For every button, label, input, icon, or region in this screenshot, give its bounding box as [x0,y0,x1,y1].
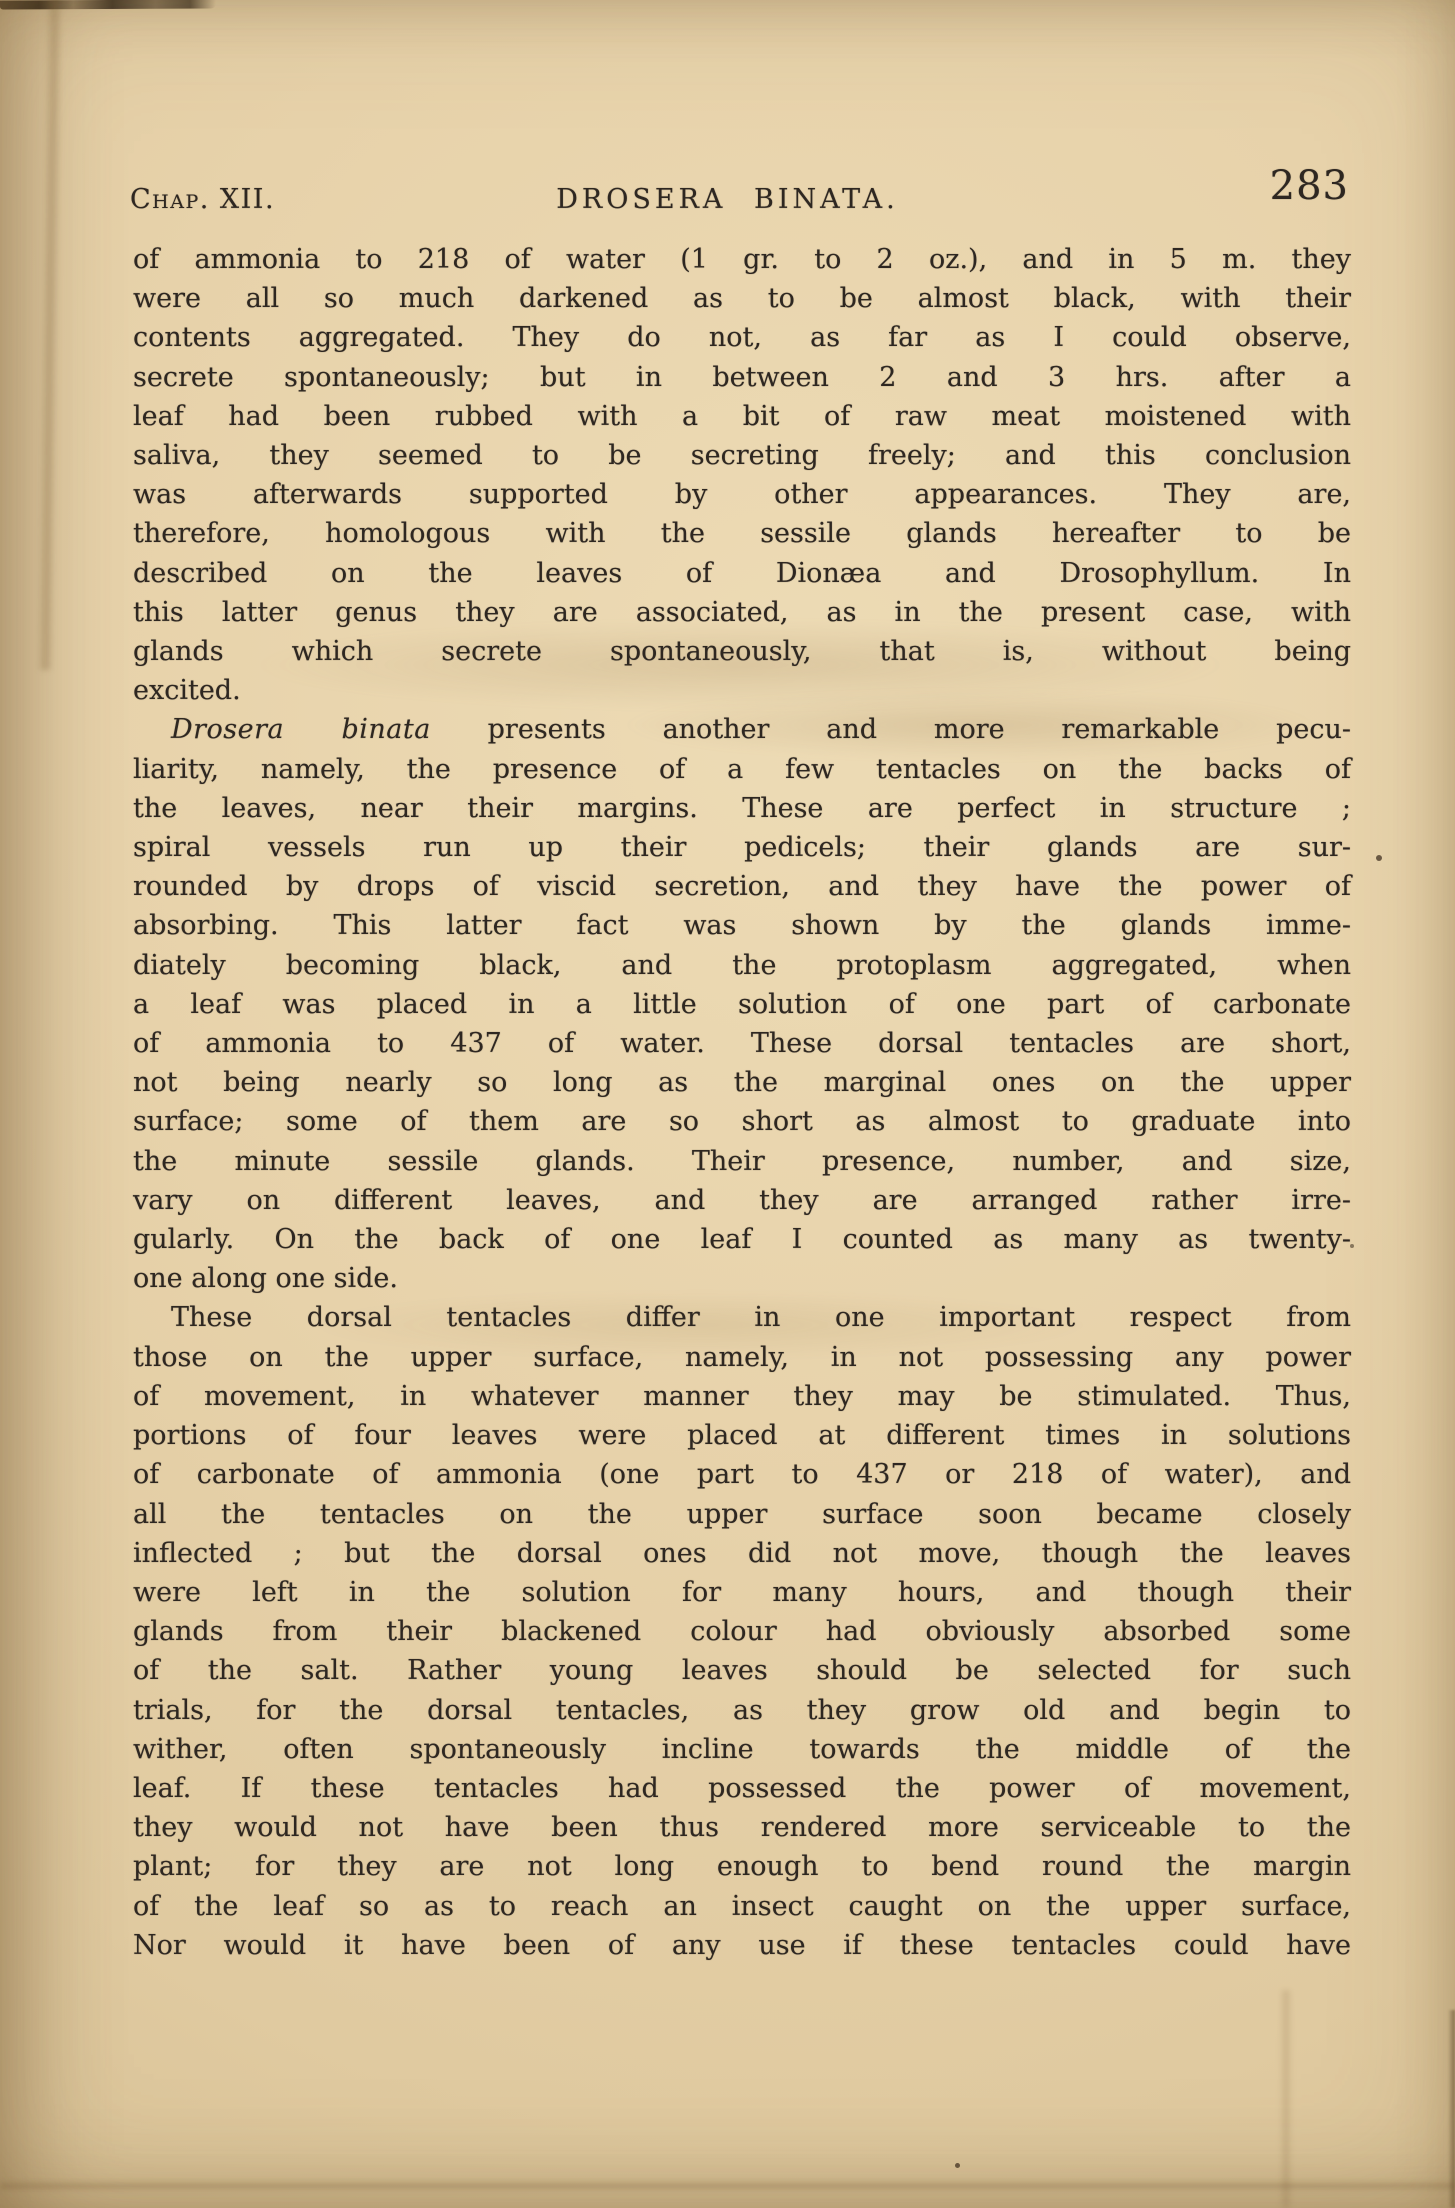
text-line: was afterwards supported by other appear… [133,475,1351,514]
scan-edge-smudge [0,0,216,10]
text-line: glands from their blackened colour had o… [133,1612,1351,1651]
paper-crease-bottom [0,2180,1455,2192]
text-line: wither, often spontaneously incline towa… [133,1730,1351,1769]
book-page-scan: Chap. XII. DROSERA BINATA. 283 of ammoni… [0,0,1455,2208]
text-line: this latter genus they are associated, a… [133,593,1351,632]
text-line: the minute sessile glands. Their presenc… [133,1142,1351,1181]
text-line: secrete spontaneously; but in between 2 … [133,358,1351,397]
text-line: Nor would it have been of any use if the… [133,1926,1351,1965]
species-name-italic: Drosera binata [171,714,431,745]
text-line: excited. [133,671,1351,710]
text-line: described on the leaves of Dionæa and Dr… [133,554,1351,593]
text-line: they would not have been thus rendered m… [133,1808,1351,1847]
page-edge-shadow [1448,2010,1455,2208]
text-line: all the tentacles on the upper surface s… [133,1495,1351,1534]
paper-speck [955,2163,960,2168]
text-line: vary on different leaves, and they are a… [133,1181,1351,1220]
text-line: a leaf was placed in a little solution o… [133,985,1351,1024]
text-line: trials, for the dorsal tentacles, as the… [133,1691,1351,1730]
text-line: not being nearly so long as the marginal… [133,1063,1351,1102]
text-line: liarity, namely, the presence of a few t… [133,750,1351,789]
text-line: of ammonia to 437 of water. These dorsal… [133,1024,1351,1063]
text-line: of carbonate of ammonia (one part to 437… [133,1455,1351,1494]
page-number: 283 [1270,163,1349,209]
text-line: contents aggregated. They do not, as far… [133,318,1351,357]
text-line: spiral vessels run up their pedicels; th… [133,828,1351,867]
text-line: rounded by drops of viscid secretion, an… [133,867,1351,906]
text-line: were left in the solution for many hours… [133,1573,1351,1612]
text-line: one along one side. [133,1259,1351,1298]
text-line: surface; some of them are so short as al… [133,1102,1351,1141]
text-line: These dorsal tentacles differ in one imp… [133,1298,1351,1337]
text-line: of movement, in whatever manner they may… [133,1377,1351,1416]
text-line: leaf. If these tentacles had possessed t… [133,1769,1351,1808]
paper-speck [1376,855,1382,861]
text-line: diately becoming black, and the protopla… [133,946,1351,985]
text-line: of the salt. Rather young leaves should … [133,1651,1351,1690]
text-line: glands which secrete spontaneously, that… [133,632,1351,671]
text-line: therefore, homologous with the sessile g… [133,514,1351,553]
text-line: the leaves, near their margins. These ar… [133,789,1351,828]
text-line: inflected ; but the dorsal ones did not … [133,1534,1351,1573]
text-line: absorbing. This latter fact was shown by… [133,906,1351,945]
page-body-text: of ammonia to 218 of water (1 gr. to 2 o… [133,240,1351,1965]
text-line: of the leaf so as to reach an insect cau… [133,1887,1351,1926]
text-line: those on the upper surface, namely, in n… [133,1338,1351,1377]
text-line: of ammonia to 218 of water (1 gr. to 2 o… [133,240,1351,279]
text-line: Drosera binata presents another and more… [133,710,1351,749]
text-line: plant; for they are not long enough to b… [133,1847,1351,1886]
paper-crease-bottom-right [1280,1990,1292,2208]
text-line: gularly. On the back of one leaf I count… [133,1220,1351,1259]
text-line: leaf had been rubbed with a bit of raw m… [133,397,1351,436]
paper-crease-left [37,0,62,670]
text-line: portions of four leaves were placed at d… [133,1416,1351,1455]
text-line: were all so much darkened as to be almos… [133,279,1351,318]
text-line: saliva, they seemed to be secreting free… [133,436,1351,475]
running-title: DROSERA BINATA. [0,184,1455,215]
